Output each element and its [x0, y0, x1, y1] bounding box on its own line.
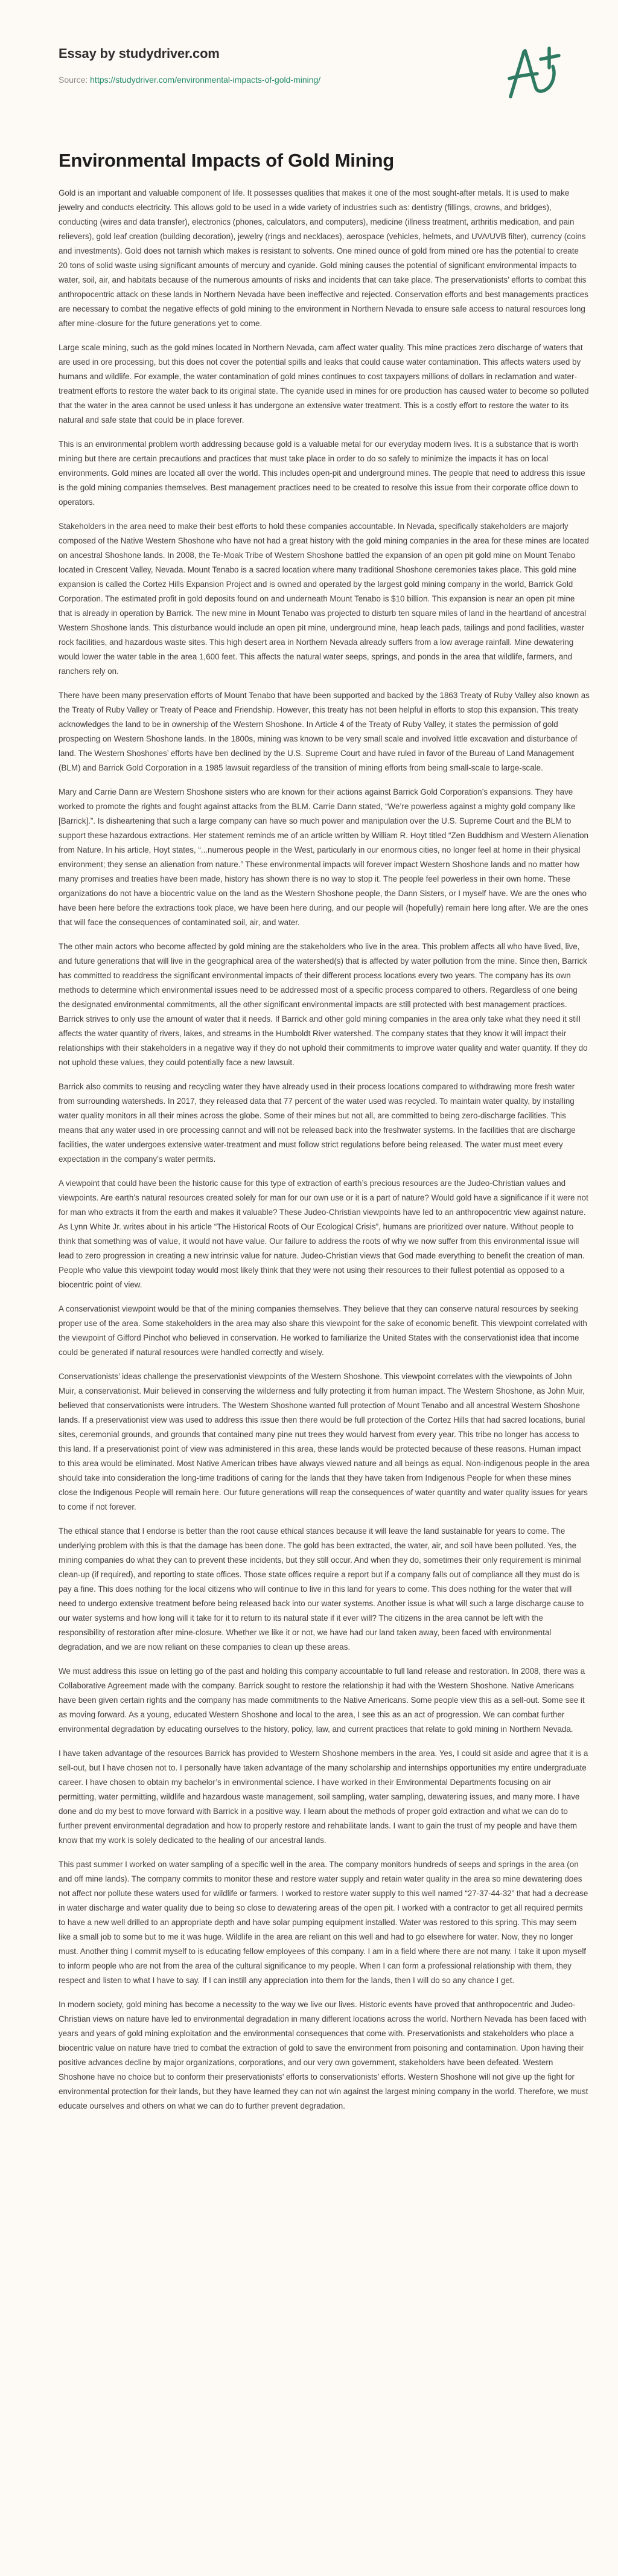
essay-content: Environmental Impacts of Gold Mining Gol… — [0, 149, 618, 2113]
essay-paragraph: Gold is an important and valuable compon… — [59, 186, 590, 331]
source-link[interactable]: https://studydriver.com/environmental-im… — [90, 75, 320, 85]
essay-paragraph: Barrick also commits to reusing and recy… — [59, 1080, 590, 1167]
essay-page: Essay by studydriver.com Source: https:/… — [0, 0, 618, 2147]
essay-paragraph: Conservationists’ ideas challenge the pr… — [59, 1370, 590, 1514]
essay-paragraph: A conservationist viewpoint would be tha… — [59, 1302, 590, 1360]
essay-paragraph: Mary and Carrie Dann are Western Shoshon… — [59, 785, 590, 930]
essay-paragraph: This is an environmental problem worth a… — [59, 437, 590, 510]
essay-paragraph: The ethical stance that I endorse is bet… — [59, 1524, 590, 1655]
essay-title: Environmental Impacts of Gold Mining — [59, 149, 590, 173]
essay-paragraph: Stakeholders in the area need to make th… — [59, 519, 590, 679]
essay-paragraph: We must address this issue on letting go… — [59, 1664, 590, 1737]
essay-paragraph: In modern society, gold mining has becom… — [59, 1998, 590, 2113]
source-line: Source: https://studydriver.com/environm… — [59, 75, 320, 85]
essay-paragraph: There have been many preservation effort… — [59, 688, 590, 775]
essay-paragraph: Large scale mining, such as the gold min… — [59, 341, 590, 428]
page-header: Essay by studydriver.com Source: https:/… — [0, 0, 618, 121]
a-plus-grade-icon — [501, 41, 573, 101]
essay-paragraph: I have taken advantage of the resources … — [59, 1746, 590, 1848]
source-label: Source: — [59, 75, 90, 85]
essay-paragraph: This past summer I worked on water sampl… — [59, 1857, 590, 1988]
site-title: Essay by studydriver.com — [59, 46, 220, 62]
essay-paragraph: The other main actors who become affecte… — [59, 940, 590, 1070]
essay-paragraph: A viewpoint that could have been the his… — [59, 1176, 590, 1292]
essay-body: Gold is an important and valuable compon… — [59, 186, 590, 2113]
